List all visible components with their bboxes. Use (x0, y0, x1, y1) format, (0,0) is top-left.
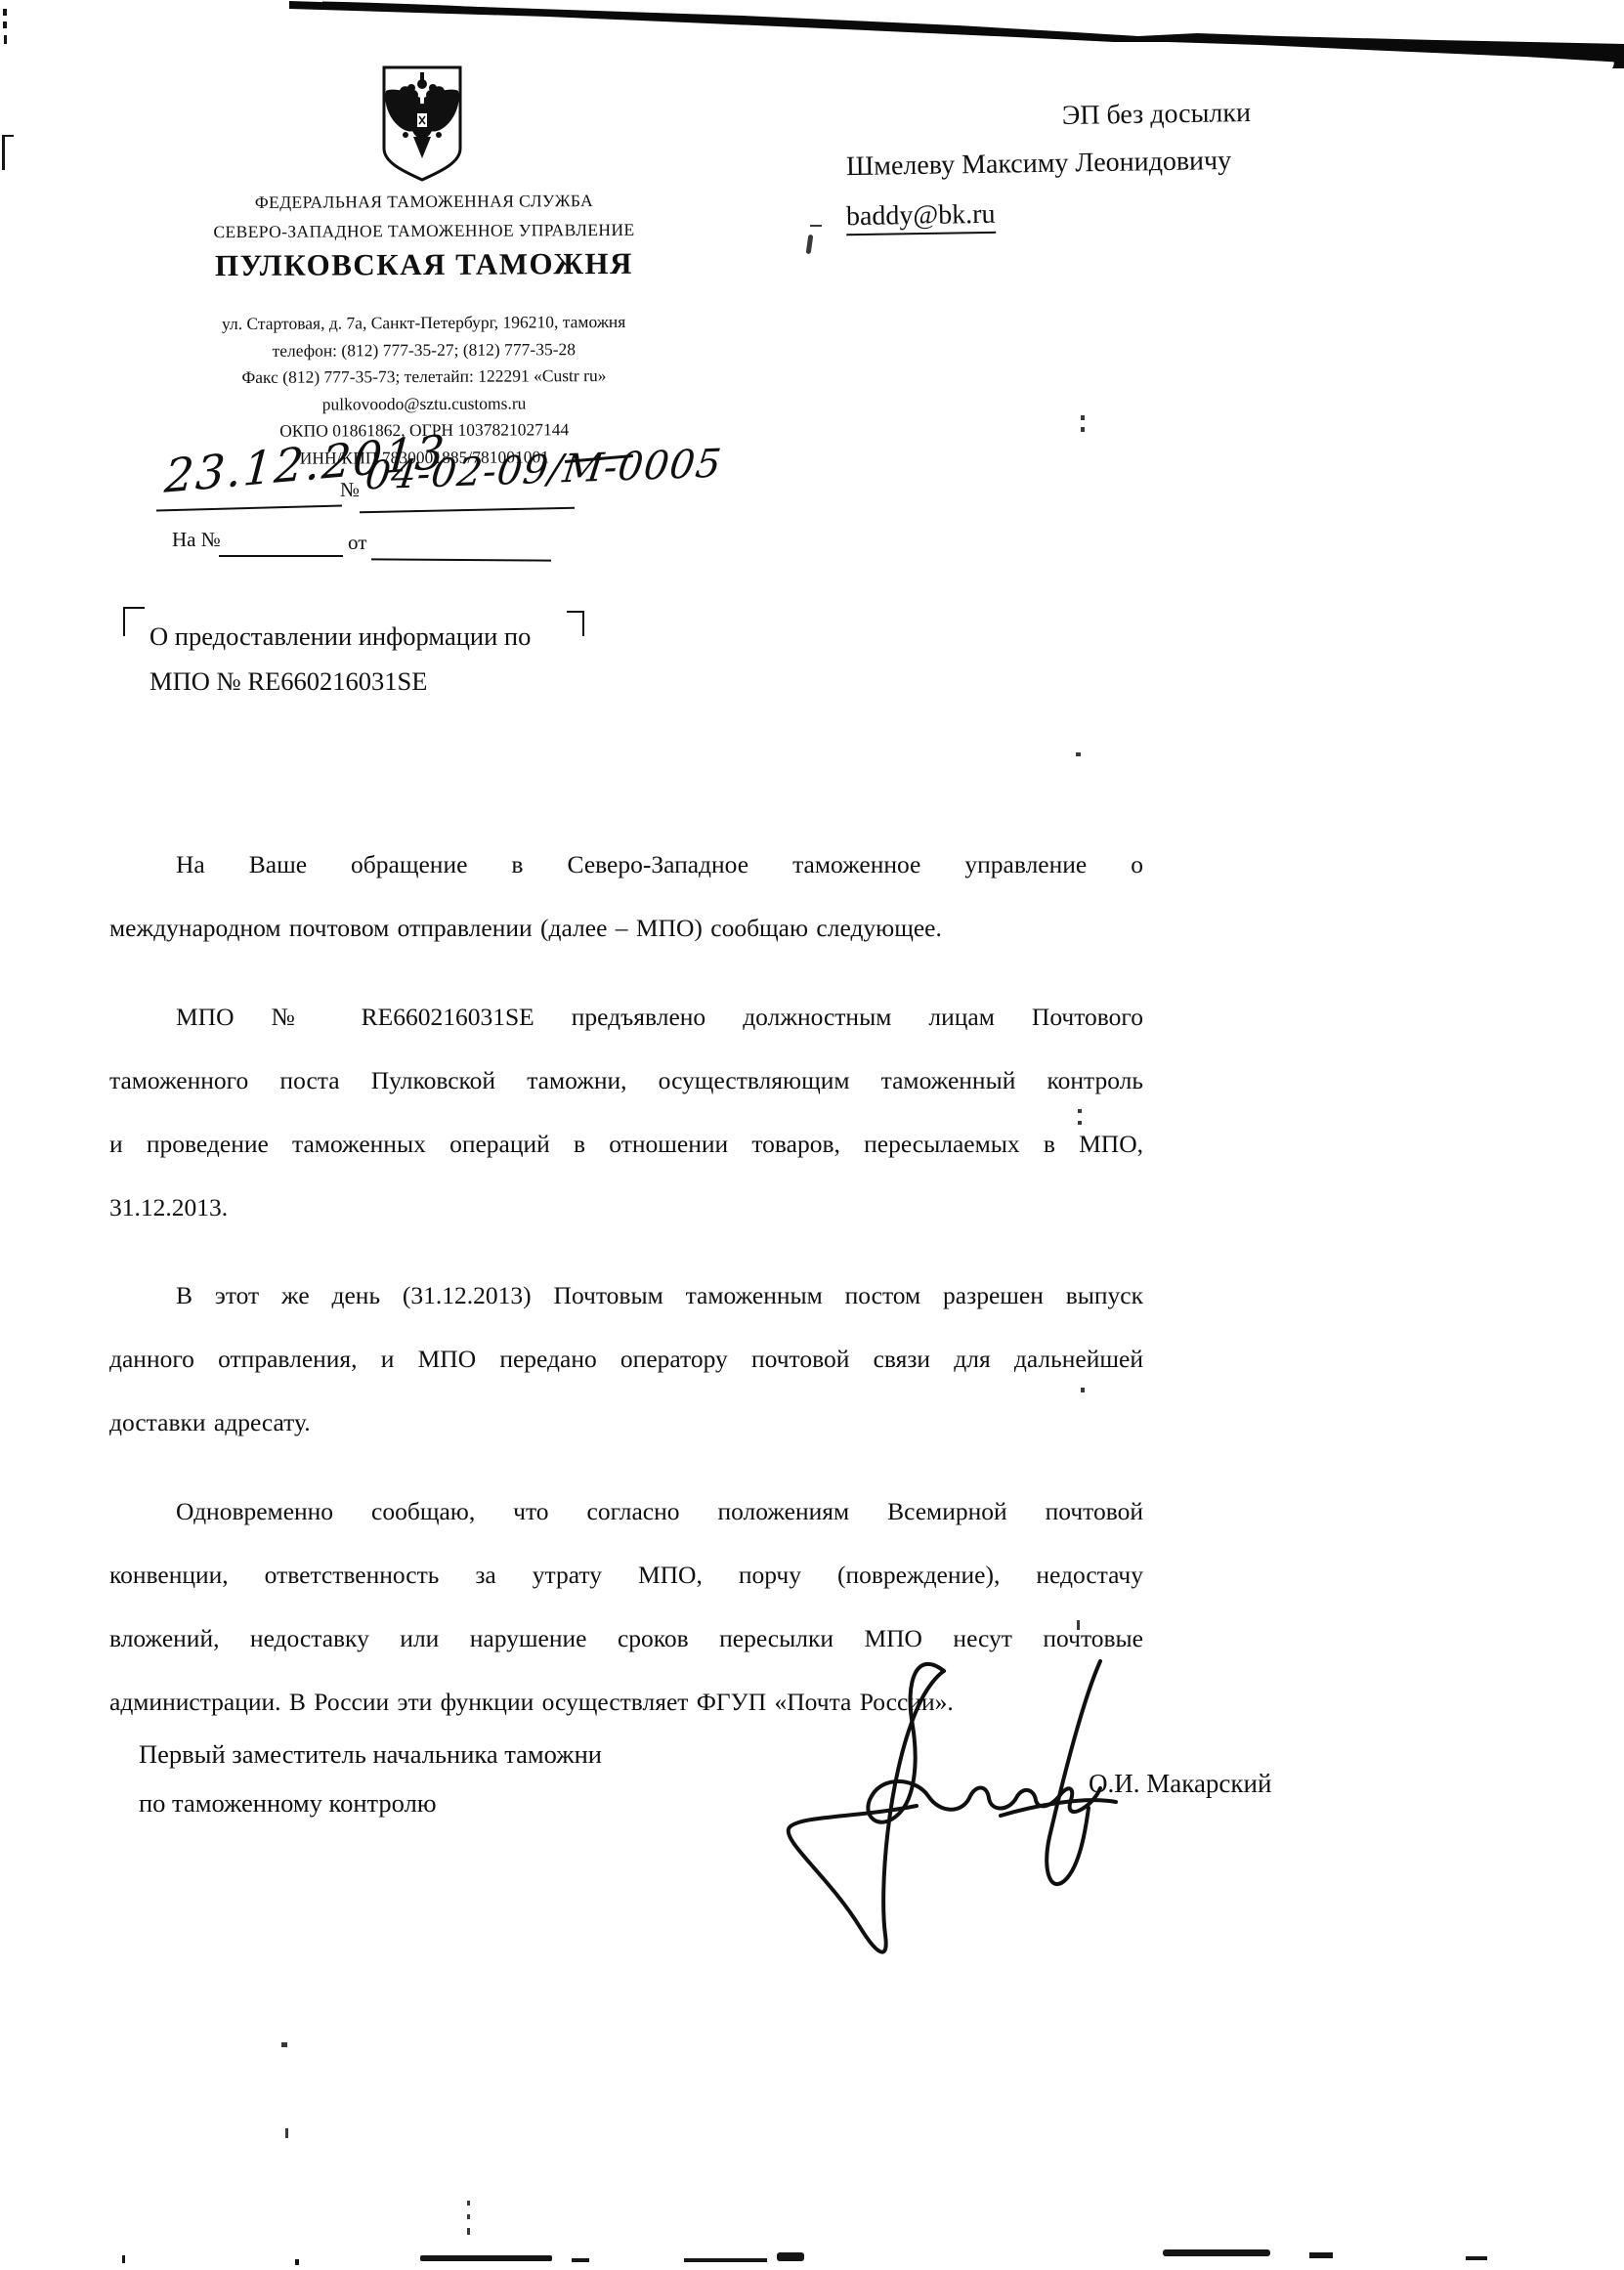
scan-speck (467, 2228, 470, 2235)
signer-position: Первый заместитель начальника таможни по… (139, 1730, 602, 1827)
recipient-email: baddy@bk.ru (846, 200, 996, 235)
body-line: В этот же день (31.12.2013) Почтовым там… (109, 1263, 1143, 1327)
number-label: № (340, 478, 360, 502)
body-line: международном почтовом отправлении (дале… (109, 896, 1143, 960)
body-line: таможенного поста Пулковской таможни, ос… (109, 1049, 1143, 1112)
body-line: доставки адресату. (109, 1391, 1143, 1454)
scan-artifact-top (0, 0, 1624, 78)
letterhead-address: ул. Стартовая, д. 7а, Санкт-Петербург, 1… (145, 309, 704, 338)
reply-to-label: На № (172, 528, 221, 552)
number-underline (360, 507, 575, 514)
scan-speck (806, 235, 814, 255)
recipient-name: Шмелеву Максиму Леонидовичу (846, 146, 1232, 183)
body-line: МПО № RE660216031SE предъявлено должност… (109, 985, 1143, 1049)
reply-from-label: от (348, 531, 366, 555)
scan-speck (281, 2042, 287, 2047)
letterhead-phone: телефон: (812) 777-35-27; (812) 777-35-2… (145, 335, 704, 364)
scan-artifact-bottom (572, 2258, 589, 2262)
recipient-email-text: baddy@bk.ru (846, 199, 996, 236)
reply-number-blank-line (219, 555, 343, 557)
scan-speck (4, 35, 7, 44)
body-line: Одновременно сообщаю, что согласно полож… (109, 1479, 1143, 1543)
scan-artifact-bottom (1163, 2249, 1270, 2256)
signer-position-line-2: по таможенному контролю (139, 1778, 602, 1827)
letterhead-email: pulkovoodo@sztu.customs.ru (145, 389, 704, 418)
letter-body: На Ваше обращение в Северо-Западное тамо… (109, 833, 1143, 1758)
signer-name: О.И. Макарский (1089, 1769, 1271, 1799)
signer-position-line-1: Первый заместитель начальника таможни (139, 1730, 602, 1778)
scan-speck (467, 2201, 470, 2206)
scan-speck (1081, 1388, 1085, 1392)
org-federal-service: ФЕДЕРАЛЬНАЯ ТАМОЖЕННАЯ СЛУЖБА (145, 191, 704, 214)
corner-mark-right (567, 611, 584, 636)
scan-speck (3, 21, 7, 28)
org-customs-name: ПУЛКОВСКАЯ ТАМОЖНЯ (145, 246, 704, 284)
scan-speck (1078, 1109, 1082, 1113)
subject-line-1: О предоставлении информации по (150, 614, 531, 659)
scan-speck (1081, 427, 1085, 432)
reply-date-blank-line (371, 558, 551, 561)
scan-artifact-bottom (122, 2255, 125, 2263)
scan-artifact-bottom (1466, 2256, 1487, 2260)
body-line: и проведение таможенных операций в отнош… (109, 1112, 1143, 1176)
coat-of-arms-icon (377, 64, 467, 184)
delivery-note: ЭП без досылки (877, 98, 1251, 135)
body-line: конвенции, ответственность за утрату МПО… (109, 1543, 1143, 1606)
scan-speck (1076, 752, 1081, 756)
signature-scribble (770, 1642, 1122, 1974)
scan-speck (1077, 1620, 1080, 1630)
scan-speck (810, 225, 822, 227)
scan-artifact-bottom (420, 2255, 552, 2261)
scan-speck (1078, 1121, 1082, 1125)
corner-mark-left (123, 607, 145, 636)
scan-artifact-bottom (777, 2252, 804, 2261)
scan-artifact-bottom (684, 2258, 767, 2262)
scan-speck (3, 9, 7, 16)
scan-speck (467, 2214, 470, 2219)
letterhead-fax: Факс (812) 777-35-73; телетайп: 122291 «… (145, 363, 704, 392)
subject-line-2: МПО № RE660216031SE (150, 659, 427, 704)
scan-speck (1081, 415, 1085, 420)
date-underline (156, 505, 342, 512)
org-regional-administration: СЕВЕРО-ЗАПАДНОЕ ТАМОЖЕННОЕ УПРАВЛЕНИЕ (145, 220, 704, 243)
scan-artifact-bottom (295, 2259, 299, 2265)
body-line: 31.12.2013. (109, 1176, 1143, 1239)
scan-speck (285, 2128, 288, 2138)
scanned-letter-page: ФЕДЕРАЛЬНАЯ ТАМОЖЕННАЯ СЛУЖБА СЕВЕРО-ЗАП… (0, 0, 1624, 2270)
body-line: На Ваше обращение в Северо-Западное тамо… (109, 833, 1143, 896)
body-line: данного отправления, и МПО передано опер… (109, 1327, 1143, 1391)
scan-artifact-bottom (1309, 2252, 1333, 2258)
scan-speck (2, 135, 14, 170)
